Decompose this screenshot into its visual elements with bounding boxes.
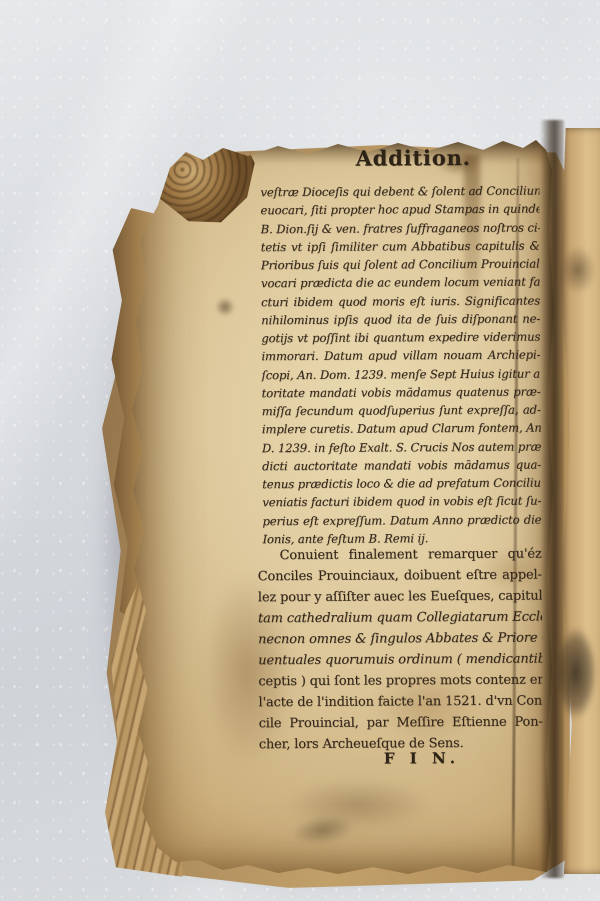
text-line: ſcopi, An. Dom. 1239. menſe Sept Huius i… bbox=[261, 364, 540, 384]
text-line: B. Dion.ſij & ven. fratres ſuffraganeos … bbox=[261, 218, 540, 238]
text-line: miſſa ſecundum quodſuperius ſunt expreſſ… bbox=[262, 401, 541, 421]
page-heading: Addition. bbox=[346, 145, 480, 171]
text-line: tenus prædictis loco & die ad prefatum C… bbox=[262, 474, 541, 494]
photo-of-antique-book: Addition. veſtræ Dioceſis qui debent & ſ… bbox=[0, 0, 600, 901]
text-line: ceptis ) qui ſont les propres mots conte… bbox=[258, 670, 542, 693]
text-line: tetis vt ipſi ſimiliter cum Abbatibus ca… bbox=[261, 236, 540, 256]
text-line: necnon omnes & ſingulos Abbates & Priore… bbox=[258, 628, 542, 651]
text-line: vocari prædicta die ac eundem locum veni… bbox=[261, 273, 540, 293]
text-line: lez pour y aſſiſter auec les Eueſques, c… bbox=[258, 586, 542, 609]
text-line: immorari. Datum apud villam nouam Archie… bbox=[261, 346, 540, 366]
text-line: Conciles Prouinciaux, doibuent eſtre app… bbox=[258, 565, 542, 588]
text-line: tam cathedralium quam Collegiatarum Eccl… bbox=[258, 607, 542, 630]
text-line: veſtræ Dioceſis qui debent & ſolent ad C… bbox=[260, 182, 539, 202]
text-line: dicti auctoritate mandati vobis mādamus … bbox=[262, 455, 541, 475]
text-line: nihilominus ipſis quod ita de ſuis diſpo… bbox=[261, 309, 540, 329]
text-line: implere curetis. Datum apud Clarum fonte… bbox=[262, 419, 541, 439]
text-line: toritate mandati vobis mādamus quatenus … bbox=[262, 382, 541, 402]
text-line: gotijs vt poſſint ibi quantum expedire v… bbox=[261, 328, 540, 348]
text-line: D. 1239. in feſto Exalt. S. Crucis Nos a… bbox=[262, 437, 541, 457]
french-paragraph: Conuient finalement remarquer qu'éz Conc… bbox=[258, 544, 543, 756]
text-line: veniatis facturi ibidem quod in vobis eſ… bbox=[262, 492, 541, 512]
text-line: uentuales quorumuis ordinum ( mendicanti… bbox=[258, 649, 542, 672]
text-line: cile Prouincial, par Meſſire Eſtienne Po… bbox=[259, 712, 543, 735]
text-line: perius eſt expreſſum. Datum Anno prædict… bbox=[262, 510, 541, 530]
printed-text-layer: Addition. veſtræ Dioceſis qui debent & ſ… bbox=[0, 0, 600, 901]
text-line: Conuient finalement remarquer qu'éz bbox=[258, 544, 542, 567]
text-line: cturi ibidem quod moris eſt iuris. Signi… bbox=[261, 291, 540, 311]
text-line: l'acte de l'indition faicte l'an 1521. d… bbox=[258, 691, 542, 714]
latin-paragraph: veſtræ Dioceſis qui debent & ſolent ad C… bbox=[260, 182, 541, 549]
text-line: Prioribus ſuis qui ſolent ad Concilium P… bbox=[261, 255, 540, 275]
text-line: euocari, ſiti propter hoc apud Stampas i… bbox=[260, 200, 539, 220]
fin-label: F I N. bbox=[384, 749, 460, 767]
